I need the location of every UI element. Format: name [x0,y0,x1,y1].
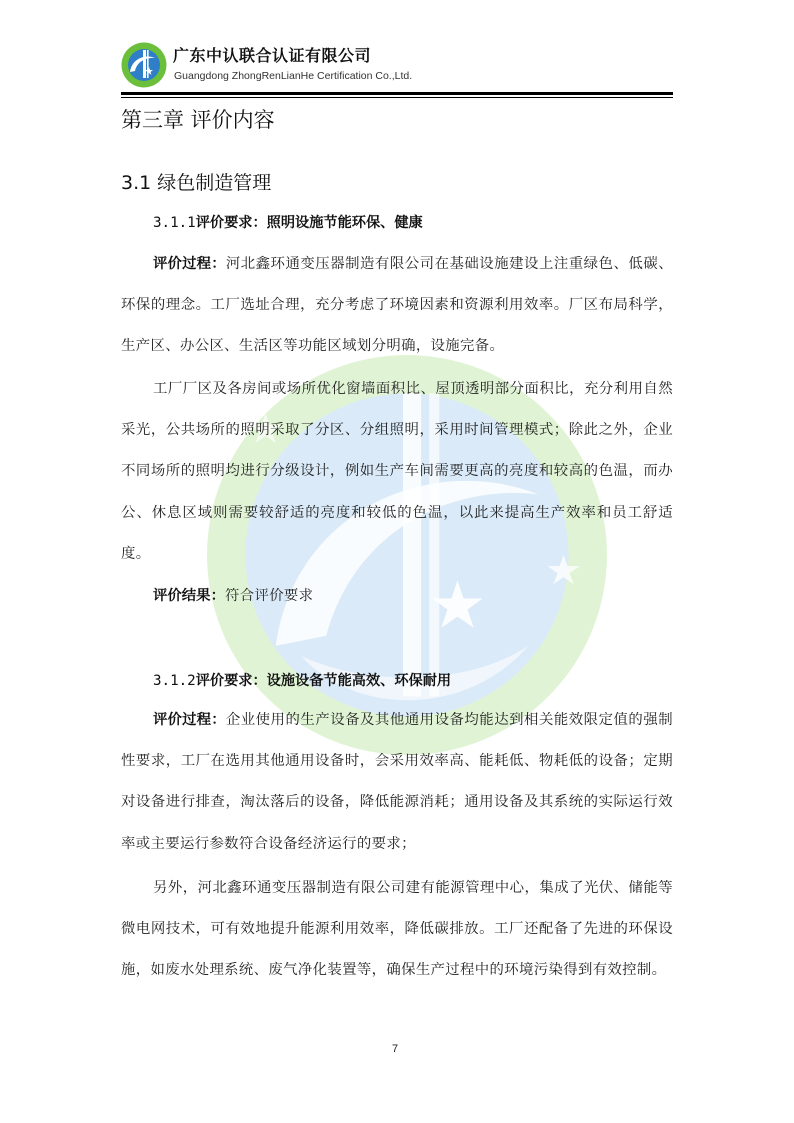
document-page: 广东中认联合认证有限公司 Guangdong ZhongRenLianHe Ce… [0,0,794,1123]
paragraph: 评价过程：企业使用的生产设备及其他通用设备均能达到相关能效限定值的强制性要求，工… [121,700,673,865]
page-header: 广东中认联合认证有限公司 Guangdong ZhongRenLianHe Ce… [121,40,673,100]
result-line: 评价结果：符合评价要求 [121,576,673,617]
process-label: 评价过程： [153,256,226,272]
subsection-heading: 3.1.2评价要求：设施设备节能高效、环保耐用 [153,670,451,690]
result-value: 符合评价要求 [225,588,313,604]
subsection-number: 3.1.1 [153,215,196,231]
paragraph: 工厂厂区及各房间或场所优化窗墙面积比、屋顶透明部分面积比，充分利用自然采光，公共… [121,369,673,575]
process-label: 评价过程： [153,712,226,728]
paragraph: 另外，河北鑫环通变压器制造有限公司建有能源管理中心，集成了光伏、储能等微电网技术… [121,868,673,992]
subsection-heading: 3.1.1评价要求：照明设施节能环保、健康 [153,212,423,232]
paragraph-text: 另外，河北鑫环通变压器制造有限公司建有能源管理中心，集成了光伏、储能等微电网技术… [121,880,673,978]
chapter-title: 第三章 评价内容 [121,104,275,134]
company-logo-icon [121,42,167,88]
company-name-en: Guangdong ZhongRenLianHe Certification C… [174,70,412,82]
paragraph: 评价过程：河北鑫环通变压器制造有限公司在基础设施建设上注重绿色、低碳、环保的理念… [121,244,673,368]
section-title: 3.1 绿色制造管理 [121,168,271,195]
company-name-cn: 广东中认联合认证有限公司 [173,43,371,66]
header-rule-thin [121,97,673,98]
subsection-label: 评价要求：照明设施节能环保、健康 [196,215,423,231]
header-rule-thick [121,92,673,95]
paragraph-text: 企业使用的生产设备及其他通用设备均能达到相关能效限定值的强制性要求，工厂在选用其… [121,712,673,852]
paragraph-text: 工厂厂区及各房间或场所优化窗墙面积比、屋顶透明部分面积比，充分利用自然采光，公共… [121,381,673,562]
page-number: 7 [392,1043,398,1055]
subsection-number: 3.1.2 [153,673,196,689]
subsection-label: 评价要求：设施设备节能高效、环保耐用 [196,673,451,689]
result-label: 评价结果： [153,588,225,604]
